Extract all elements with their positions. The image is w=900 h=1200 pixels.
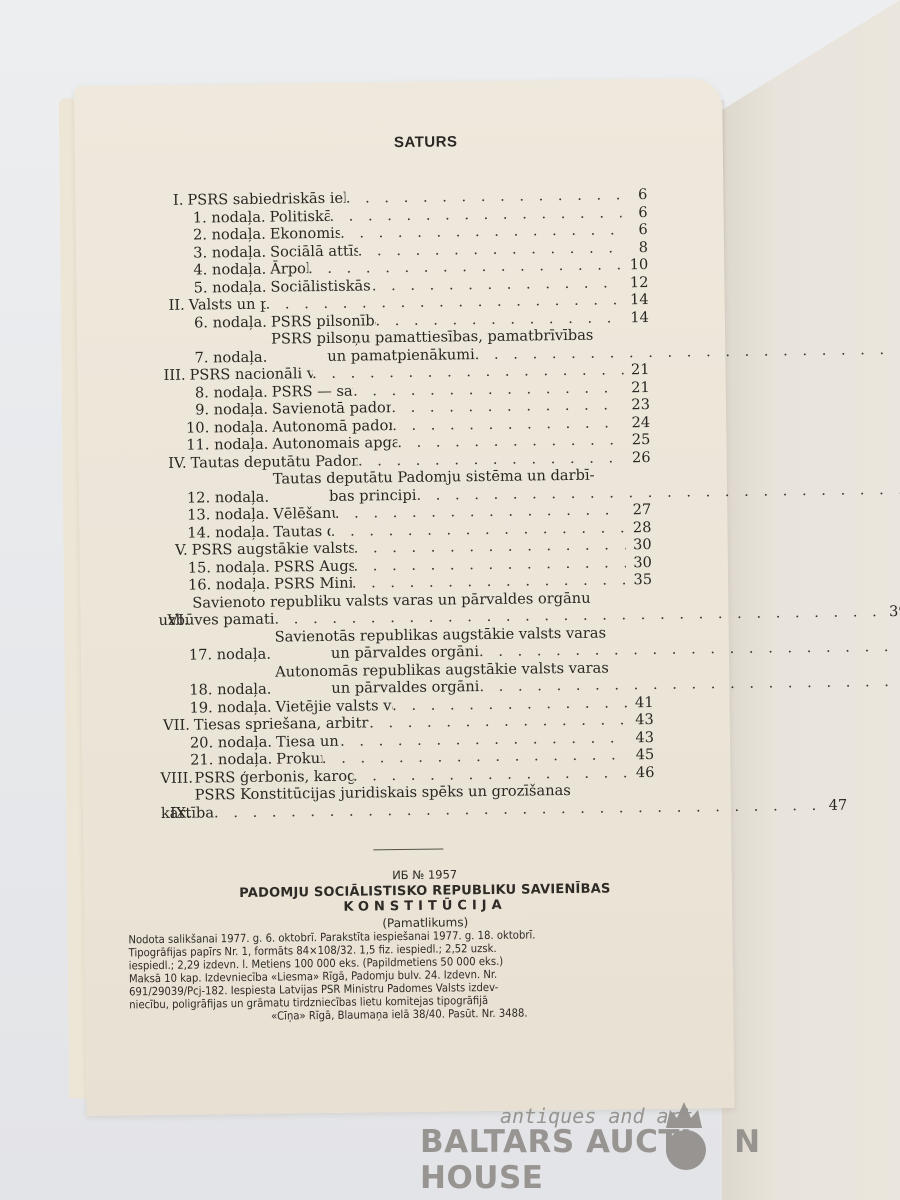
toc-number: IV. xyxy=(157,454,187,472)
toc-page-number: 6 xyxy=(622,221,648,239)
toc-number: 17. nodaļa. xyxy=(183,646,271,665)
toc-text-continued: uzbūves pamati xyxy=(158,611,274,630)
toc-number: VII. xyxy=(160,717,190,735)
toc-number: II. xyxy=(155,297,185,315)
toc-page-number: 47 xyxy=(821,796,847,814)
toc-text: Vēlēšanu sistēma xyxy=(273,505,335,523)
toc-text: Tautas deputāts xyxy=(273,522,331,540)
toc-text: Sociālā attīstība un kultūra xyxy=(270,242,358,261)
toc-page-number: 43 xyxy=(628,728,654,746)
toc-number: 12. nodaļa. xyxy=(181,488,269,507)
toc-page-number: 41 xyxy=(627,693,653,711)
toc-number: V. xyxy=(158,542,188,560)
toc-text: Savienotā padomju sociālistiskā republik… xyxy=(272,399,392,418)
watermark-brand: BALTARS AUCTIN HOUSE xyxy=(420,1124,840,1196)
toc-page-number: 23 xyxy=(624,396,650,414)
toc-text: PSRS sabiedriskās iekārtas un politikas … xyxy=(187,190,346,209)
toc-number: 5. nodaļa. xyxy=(178,278,266,297)
toc-text: Ārpolitika xyxy=(270,260,308,278)
toc-number: VIII. xyxy=(160,769,190,787)
toc-page-number: 12 xyxy=(622,273,648,291)
toc-part: VI. Savienoto republiku valsts varas un … xyxy=(190,588,652,629)
toc-number: 13. nodaļa. xyxy=(181,506,269,525)
toc-number: 20. nodaļa. xyxy=(184,733,272,752)
toc-text: PSRS pilsonība. Pilsoņu līdztiesība xyxy=(271,312,376,331)
toc-number: 16. nodaļa. xyxy=(182,576,270,595)
toc-text: Tiesas spriešana, arbitrāža un prokuratū… xyxy=(194,714,370,734)
toc-text: Sociālistiskās Tēvijas aizsardzība xyxy=(270,277,372,296)
toc-number: 19. nodaļa. xyxy=(183,698,271,717)
toc-text: Vietējie valsts varas un pārvaldes orgān… xyxy=(275,697,392,716)
toc-page-number: 21 xyxy=(623,361,649,379)
toc-text: Politiskā sistēma xyxy=(270,207,330,225)
toc-text: Autonomais apgabals un autonomais apvidu… xyxy=(272,434,397,453)
toc-number: III. xyxy=(155,367,185,385)
toc-number: 6. nodaļa. xyxy=(179,313,267,332)
toc-number: 21. nodaļa. xyxy=(184,751,272,770)
toc-number: 7. nodaļa. xyxy=(179,348,267,367)
toc-page-number: 14 xyxy=(623,308,649,326)
toc-chapter: 12. nodaļa. Tautas deputātu Padomju sist… xyxy=(189,466,651,507)
toc-number: 3. nodaļa. xyxy=(178,243,266,262)
toc-text-continued: bas principi xyxy=(273,486,417,505)
toc-number: 4. nodaļa. xyxy=(178,261,266,280)
toc-text: PSRS augstākie valsts varas un pārvaldes… xyxy=(192,540,354,559)
toc-text: PSRS — savienota valsts xyxy=(272,382,353,400)
toc-chapter: 18. nodaļa. Autonomās republikas augstāk… xyxy=(191,658,653,699)
page-content: SATURS I.PSRS sabiedriskās iekārtas un p… xyxy=(185,131,658,1024)
toc-page-number: 24 xyxy=(624,413,650,431)
toc-page-number: 28 xyxy=(625,518,651,536)
toc-page-number: 35 xyxy=(626,571,652,589)
toc-page-number: 26 xyxy=(624,448,650,466)
toc-title: SATURS xyxy=(205,131,647,153)
toc-text: PSRS ģerbonis, karogs, himna un galvaspi… xyxy=(194,767,353,786)
toc-page-number: 27 xyxy=(625,501,651,519)
watermark: antiques and art BALTARS AUCTIN HOUSE xyxy=(420,1100,840,1170)
table-of-contents: I.PSRS sabiedriskās iekārtas un politika… xyxy=(185,186,655,822)
toc-number: I. xyxy=(153,192,183,210)
toc-chapter: 7. nodaļa. PSRS pilsoņu pamattiesības, p… xyxy=(187,326,649,367)
toc-part: IX. PSRS Konstitūcijas juridiskais spēks… xyxy=(193,781,655,822)
toc-text: PSRS nacionāli valstiskā iekārta xyxy=(189,365,312,384)
toc-page-number: 25 xyxy=(624,431,650,449)
toc-page-number: 30 xyxy=(626,553,652,571)
toc-page-number: 43 xyxy=(628,711,654,729)
toc-page-number: 39 xyxy=(882,603,900,621)
toc-number: 9. nodaļa. xyxy=(180,401,268,420)
toc-number: 2. nodaļa. xyxy=(178,226,266,245)
toc-number: 18. nodaļa. xyxy=(183,681,271,700)
toc-page-number: 45 xyxy=(628,746,654,764)
toc-number: 8. nodaļa. xyxy=(180,383,268,402)
toc-number: 11. nodaļa. xyxy=(180,436,268,455)
toc-page-number: 6 xyxy=(621,204,647,222)
toc-page-number: 14 xyxy=(623,291,649,309)
toc-page-number: 10 xyxy=(622,256,648,274)
colophon: ИБ № 1957 PADOMJU SOCIĀLISTISKO REPUBLIK… xyxy=(194,865,657,933)
toc-text: PSRS Ministru Padome xyxy=(274,575,352,593)
toc-text: Tautas deputātu Padomes un to ievēlēšana… xyxy=(191,452,358,472)
toc-text: Tiesa un arbitrāža xyxy=(276,732,340,750)
divider xyxy=(373,849,443,851)
toc-text: Prokuratūra xyxy=(276,750,322,768)
toc-number: 10. nodaļa. xyxy=(180,418,268,437)
toc-page-number: 8 xyxy=(622,238,648,256)
imprint: Nodota salikšanai 1977. g. 6. oktobrī. P… xyxy=(128,927,669,1025)
toc-text-continued: kārtība xyxy=(161,804,214,822)
toc-text: Valsts un persona xyxy=(189,296,266,314)
toc-text: Ekonomiskā sistēma xyxy=(270,225,340,243)
toc-page-number: 6 xyxy=(621,186,647,204)
toc-number: 15. nodaļa. xyxy=(182,558,270,577)
toc-chapter: 17. nodaļa. Savienotās republikas augstā… xyxy=(191,623,653,664)
toc-page-number: 30 xyxy=(626,536,652,554)
toc-number: 14. nodaļa. xyxy=(181,523,269,542)
toc-text: Autonomā padomju sociālistiskā republika xyxy=(272,417,392,436)
toc-number: 1. nodaļa. xyxy=(178,208,266,227)
toc-page-number: 46 xyxy=(628,763,654,781)
toc-page-number: 21 xyxy=(624,378,650,396)
toc-text: PSRS Augstākā Padome xyxy=(274,557,354,575)
book-page: SATURS I.PSRS sabiedriskās iekārtas un p… xyxy=(74,78,735,1116)
